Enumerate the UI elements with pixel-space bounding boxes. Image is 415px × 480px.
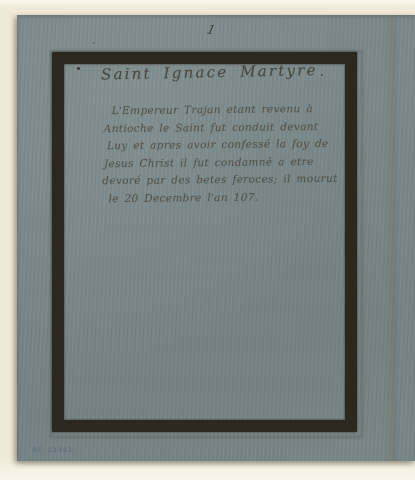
vertical-crease xyxy=(383,15,399,461)
blue-paper-sheet: 1 Saint Ignace Martyre L'Empereur Trajan… xyxy=(17,15,415,461)
manuscript-line-6: le 20 Decembre l'an 107. xyxy=(108,188,340,208)
photograph-background: 1 Saint Ignace Martyre L'Empereur Trajan… xyxy=(0,0,415,480)
manuscript-text-block: L'Empereur Trajan etant revenu à Antioch… xyxy=(103,101,340,208)
inventory-mark: RF 23382 xyxy=(33,447,73,454)
page-number: 1 xyxy=(199,21,222,40)
ink-speck xyxy=(93,42,95,44)
ink-speck xyxy=(77,67,80,70)
ink-speck xyxy=(321,74,323,76)
